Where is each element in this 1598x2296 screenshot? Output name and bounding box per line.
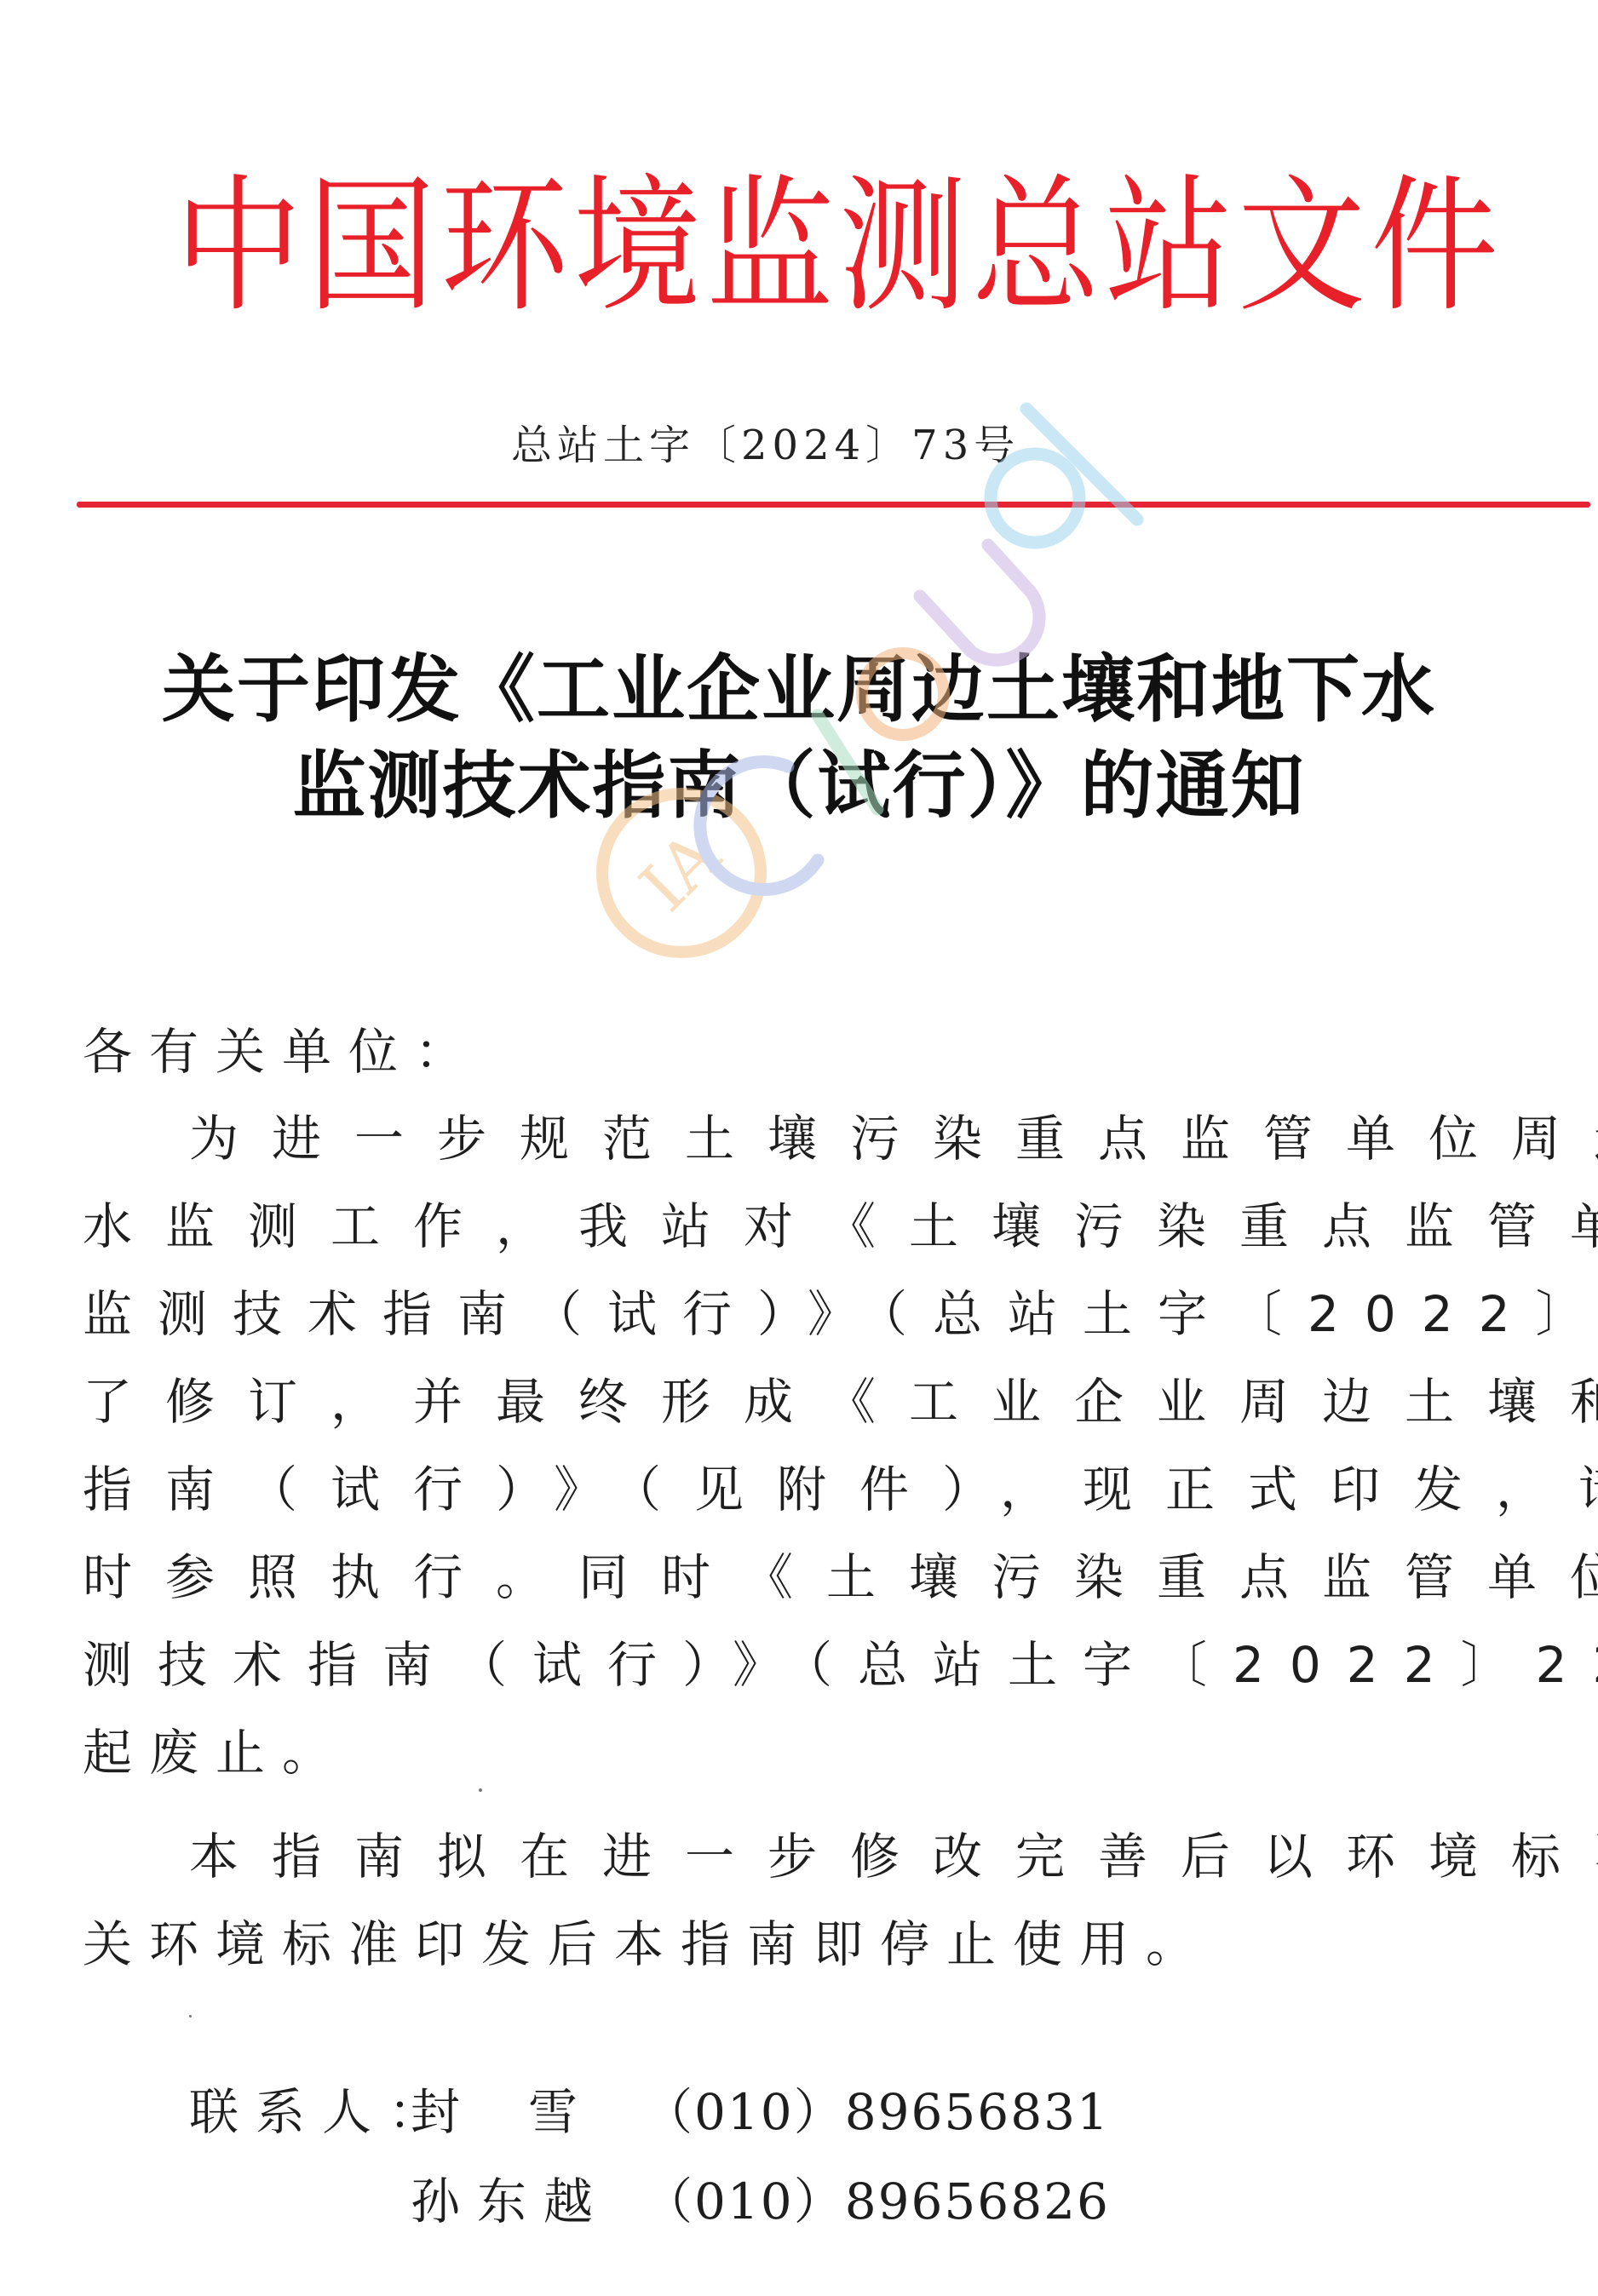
paragraph-1-line-7: 测技术指南（试行）》（总站土字〔2022〕226号）于即日	[83, 1631, 1598, 1699]
paragraph-1-line-1: 为进一步规范土壤污染重点监管单位周边土壤和地下	[189, 1105, 1598, 1173]
paragraph-2-line-1: 本指南拟在进一步修改完善后以环境标准形式印发。相	[189, 1822, 1598, 1891]
contact-phone: （010）89656831	[643, 2078, 1110, 2146]
contact-row-1: 联系人： 封雪 （010）89656831	[0, 2078, 1598, 2146]
paragraph-2-line-2: 关环境标准印发后本指南即停止使用。	[83, 1910, 1212, 1978]
paragraph-1-line-5: 指南（试行）》（见附件），现正式印发，请开展相关工作	[83, 1455, 1598, 1524]
notice-title-line-2: 监测技术指南（试行）》的通知	[0, 739, 1598, 833]
scan-speck	[189, 2015, 192, 2018]
masthead-title: 中国环境监测总站文件	[175, 149, 1401, 345]
notice-title-line-1: 关于印发《工业企业周边土壤和地下水	[0, 643, 1598, 737]
contact-name: 封雪	[411, 2078, 646, 2146]
red-divider-rule	[77, 502, 1590, 508]
paragraph-1-line-2: 水监测工作，我站对《土壤污染重点监管单位周边土壤环境	[83, 1192, 1598, 1260]
document-page: 中国环境监测总站文件 总站土字〔2024〕73号 关于印发《工业企业周边土壤和地…	[0, 0, 1598, 2296]
document-number: 总站土字〔2024〕73号	[511, 416, 1090, 475]
paragraph-1-line-6: 时参照执行。同时《土壤污染重点监管单位周边土壤环境监	[83, 1543, 1598, 1611]
paragraph-1-line-3: 监测技术指南（试行）》（总站土字〔2022〕226号）进行	[83, 1280, 1598, 1348]
paragraph-1-line-4: 了修订，并最终形成《工业企业周边土壤和地下水监测技术	[83, 1368, 1598, 1436]
contact-name: 孙东越	[411, 2167, 610, 2236]
salutation: 各有关单位：	[83, 1018, 481, 1086]
scan-speck	[479, 1788, 482, 1792]
contact-phone: （010）89656826	[643, 2167, 1110, 2236]
paragraph-1-line-8: 起废止。	[83, 1719, 348, 1787]
contact-row-2: 孙东越 （010）89656826	[0, 2167, 1598, 2236]
